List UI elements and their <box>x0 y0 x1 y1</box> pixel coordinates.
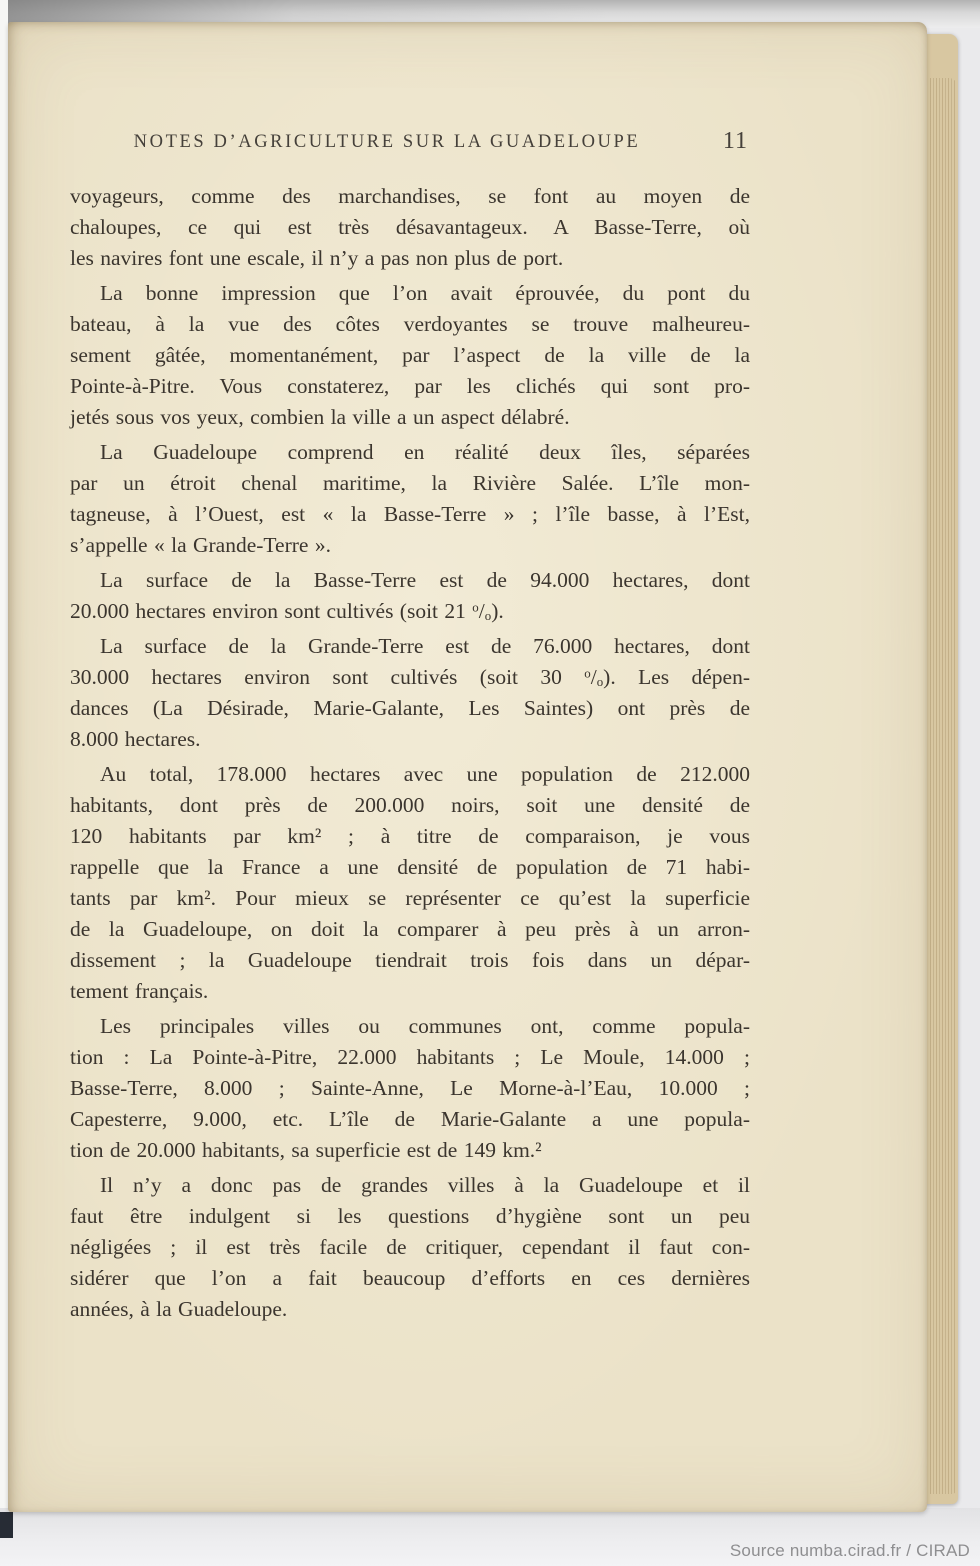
text-line: Basse-Terre, 8.000 ; Sainte-Anne, Le Mor… <box>70 1073 750 1104</box>
text-line: tion : La Pointe-à-Pitre, 22.000 habitan… <box>70 1042 750 1073</box>
text-line: La bonne impression que l’on avait éprou… <box>70 278 750 309</box>
text-line: habitants, dont près de 200.000 noirs, s… <box>70 790 750 821</box>
text-line: de la Guadeloupe, on doit la comparer à … <box>70 914 750 945</box>
text-line: 120 habitants par km² ; à titre de compa… <box>70 821 750 852</box>
paragraph: La bonne impression que l’on avait éprou… <box>70 278 750 433</box>
text-line: négligées ; il est très facile de critiq… <box>70 1232 750 1263</box>
text-line: 20.000 hectares environ sont cultivés (s… <box>70 596 750 627</box>
text-line: La surface de la Basse-Terre est de 94.0… <box>70 565 750 596</box>
paragraph: voyageurs, comme des marchandises, se fo… <box>70 181 750 274</box>
paragraph: La surface de la Basse-Terre est de 94.0… <box>70 565 750 627</box>
text-line: voyageurs, comme des marchandises, se fo… <box>70 181 750 212</box>
text-line: tion de 20.000 habitants, sa superficie … <box>70 1135 750 1166</box>
page-header-title: NOTES D’AGRICULTURE SUR LA GUADELOUPE <box>70 130 750 154</box>
text-line: s’appelle « la Grande-Terre ». <box>70 530 750 561</box>
text-line: Les principales villes ou communes ont, … <box>70 1011 750 1042</box>
text-line: La surface de la Grande-Terre est de 76.… <box>70 631 750 662</box>
text-line: dances (La Désirade, Marie-Galante, Les … <box>70 693 750 724</box>
scanned-book-page-view: NOTES D’AGRICULTURE SUR LA GUADELOUPE 11… <box>0 0 980 1566</box>
text-line: dissement ; la Guadeloupe tiendrait troi… <box>70 945 750 976</box>
text-line: sement gâtée, momentanément, par l’aspec… <box>70 340 750 371</box>
page-number: 11 <box>723 127 748 155</box>
text-line: Il n’y a donc pas de grandes villes à la… <box>70 1170 750 1201</box>
text-line: La Guadeloupe comprend en réalité deux î… <box>70 437 750 468</box>
text-line: Au total, 178.000 hectares avec une popu… <box>70 759 750 790</box>
text-line: sidérer que l’on a fait beaucoup d’effor… <box>70 1263 750 1294</box>
text-line: par un étroit chenal maritime, la Rivièr… <box>70 468 750 499</box>
text-line: tants par km². Pour mieux se représenter… <box>70 883 750 914</box>
text-line: faut être indulgent si les questions d’h… <box>70 1201 750 1232</box>
text-line: Capesterre, 9.000, etc. L’île de Marie-G… <box>70 1104 750 1135</box>
text-line: tagneuse, à l’Ouest, est « la Basse-Terr… <box>70 499 750 530</box>
scan-background-left <box>0 0 8 1512</box>
text-line: 8.000 hectares. <box>70 724 750 755</box>
book-page: NOTES D’AGRICULTURE SUR LA GUADELOUPE 11… <box>8 22 927 1512</box>
paragraph: La surface de la Grande-Terre est de 76.… <box>70 631 750 755</box>
text-line: jetés sous vos yeux, combien la ville a … <box>70 402 750 433</box>
text-line: rappelle que la France a une densité de … <box>70 852 750 883</box>
running-header: NOTES D’AGRICULTURE SUR LA GUADELOUPE 11 <box>70 130 750 154</box>
text-line: les navires font une escale, il n’y a pa… <box>70 243 750 274</box>
paragraph: Au total, 178.000 hectares avec une popu… <box>70 759 750 1007</box>
paragraph: Il n’y a donc pas de grandes villes à la… <box>70 1170 750 1325</box>
text-line: 30.000 hectares environ sont cultivés (s… <box>70 662 750 693</box>
paragraph: Les principales villes ou communes ont, … <box>70 1011 750 1166</box>
text-line: années, à la Guadeloupe. <box>70 1294 750 1325</box>
page-content: NOTES D’AGRICULTURE SUR LA GUADELOUPE 11… <box>8 22 750 1325</box>
page-block-grain <box>930 78 957 1494</box>
book-spine <box>0 1512 13 1538</box>
paragraph: La Guadeloupe comprend en réalité deux î… <box>70 437 750 561</box>
text-line: tement français. <box>70 976 750 1007</box>
source-credit: Source numba.cirad.fr / CIRAD <box>730 1541 970 1561</box>
text-line: chaloupes, ce qui est très désavantageux… <box>70 212 750 243</box>
text-body: voyageurs, comme des marchandises, se fo… <box>70 181 750 1325</box>
text-line: bateau, à la vue des côtes verdoyantes s… <box>70 309 750 340</box>
text-line: Pointe-à-Pitre. Vous constaterez, par le… <box>70 371 750 402</box>
